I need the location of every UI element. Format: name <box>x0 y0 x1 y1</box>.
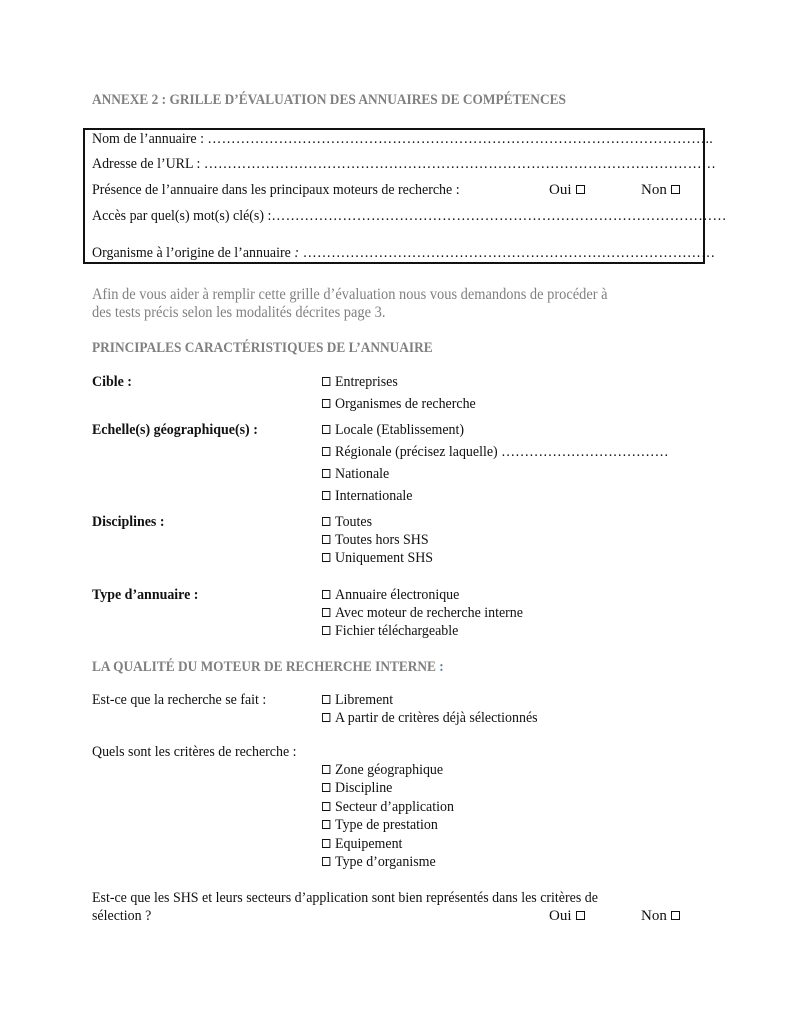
checkbox[interactable] <box>322 491 330 500</box>
criteres-label: Quels sont les critères de recherche : <box>92 744 297 761</box>
checkbox[interactable] <box>322 608 330 617</box>
cible-option[interactable]: Organismes de recherche <box>322 396 476 413</box>
type-option-label: Avec moteur de recherche interne <box>335 605 523 621</box>
echelle-option-label: Locale (Etablissement) <box>335 422 464 438</box>
shs-non-option[interactable]: Non <box>641 908 680 925</box>
checkbox[interactable] <box>322 713 330 722</box>
cible-option[interactable]: Entreprises <box>322 374 398 391</box>
keywords-label: Accès par quel(s) mot(s) clé(s) : <box>92 208 271 224</box>
organism-field-row: Organisme à l’origine de l’annuaire : ……… <box>92 245 715 262</box>
echelle-option-label: Internationale <box>335 488 412 504</box>
name-field[interactable]: …………………………………………………………………………………………….. <box>207 131 713 147</box>
type-option[interactable]: Annuaire électronique <box>322 587 459 604</box>
checkbox[interactable] <box>322 469 330 478</box>
type-option[interactable]: Avec moteur de recherche interne <box>322 605 523 622</box>
organism-label: Organisme à l’origine de l’annuaire <box>92 245 294 261</box>
section-heading-search-quality: LA QUALITÉ DU MOTEUR DE RECHERCHE INTERN… <box>92 659 444 676</box>
disciplines-option[interactable]: Toutes <box>322 514 372 531</box>
checkbox[interactable] <box>322 820 330 829</box>
organism-field[interactable]: …………………………………………………………………………… <box>299 245 715 261</box>
criteres-option[interactable]: Secteur d’application <box>322 799 454 816</box>
checkbox[interactable] <box>322 425 330 434</box>
disciplines-option-label: Toutes hors SHS <box>335 532 429 548</box>
checkbox[interactable] <box>322 783 330 792</box>
disciplines-option-label: Uniquement SHS <box>335 550 433 566</box>
criteres-option-label: Zone géographique <box>335 762 443 778</box>
checkbox[interactable] <box>322 857 330 866</box>
criteres-option[interactable]: Equipement <box>322 836 402 853</box>
cible-option-label: Entreprises <box>335 374 398 390</box>
shs-non-label: Non <box>641 908 667 924</box>
shs-oui-label: Oui <box>549 908 572 924</box>
keywords-field[interactable]: …………………………………………………………………………………… <box>271 208 726 224</box>
presence-oui-label: Oui <box>549 182 572 198</box>
echelle-option-label: Régionale (précisez laquelle) …………………………… <box>335 444 669 460</box>
checkbox[interactable] <box>322 590 330 599</box>
url-field-row: Adresse de l’URL : ………………………………………………………… <box>92 156 716 173</box>
checkbox[interactable] <box>322 535 330 544</box>
intro-line-2: des tests précis selon les modalités déc… <box>92 304 385 322</box>
criteres-option[interactable]: Type de prestation <box>322 817 438 834</box>
presence-oui-option[interactable]: Oui <box>549 182 585 199</box>
checkbox[interactable] <box>322 802 330 811</box>
intro-line-1: Afin de vous aider à remplir cette grill… <box>92 286 608 304</box>
recherche-option[interactable]: Librement <box>322 692 393 709</box>
disciplines-option[interactable]: Toutes hors SHS <box>322 532 429 549</box>
checkbox[interactable] <box>322 695 330 704</box>
presence-non-checkbox[interactable] <box>671 185 680 194</box>
checkbox[interactable] <box>322 517 330 526</box>
checkbox[interactable] <box>322 377 330 386</box>
name-label: Nom de l’annuaire : <box>92 131 207 147</box>
criteres-option[interactable]: Type d’organisme <box>322 854 436 871</box>
checkbox[interactable] <box>322 765 330 774</box>
checkbox[interactable] <box>322 553 330 562</box>
shs-oui-checkbox[interactable] <box>576 911 585 920</box>
type-option[interactable]: Fichier téléchargeable <box>322 623 458 640</box>
url-field[interactable]: ……………………………………………………………………………………………… <box>204 156 716 172</box>
checkbox[interactable] <box>322 839 330 848</box>
criteres-option-label: Type de prestation <box>335 817 438 833</box>
echelle-option[interactable]: Locale (Etablissement) <box>322 422 464 439</box>
criteres-option-label: Equipement <box>335 836 402 852</box>
presence-oui-checkbox[interactable] <box>576 185 585 194</box>
checkbox[interactable] <box>322 447 330 456</box>
criteres-option-label: Discipline <box>335 780 392 796</box>
presence-label: Présence de l’annuaire dans les principa… <box>92 182 460 199</box>
checkbox[interactable] <box>322 399 330 408</box>
heading-colon: : <box>439 659 443 675</box>
criteres-option[interactable]: Zone géographique <box>322 762 443 779</box>
section-heading-characteristics: PRINCIPALES CARACTÉRISTIQUES DE L’ANNUAI… <box>92 340 433 357</box>
shs-non-checkbox[interactable] <box>671 911 680 920</box>
name-field-row: Nom de l’annuaire : ……………………………………………………… <box>92 131 713 148</box>
presence-non-option[interactable]: Non <box>641 182 680 199</box>
criteres-option[interactable]: Discipline <box>322 780 392 797</box>
shs-oui-option[interactable]: Oui <box>549 908 585 925</box>
echelle-label: Echelle(s) géographique(s) : <box>92 422 258 439</box>
keywords-field-row: Accès par quel(s) mot(s) clé(s) :…………………… <box>92 208 727 225</box>
echelle-option[interactable]: Régionale (précisez laquelle) …………………………… <box>322 444 669 461</box>
recherche-label: Est-ce que la recherche se fait : <box>92 692 266 709</box>
disciplines-label: Disciplines : <box>92 514 164 531</box>
recherche-option-label: Librement <box>335 692 393 708</box>
type-option-label: Fichier téléchargeable <box>335 623 458 639</box>
shs-question-line-1: Est-ce que les SHS et leurs secteurs d’a… <box>92 890 598 907</box>
disciplines-option[interactable]: Uniquement SHS <box>322 550 433 567</box>
criteres-option-label: Type d’organisme <box>335 854 436 870</box>
disciplines-option-label: Toutes <box>335 514 372 530</box>
type-label: Type d’annuaire : <box>92 587 198 604</box>
presence-non-label: Non <box>641 182 667 198</box>
recherche-option[interactable]: A partir de critères déjà sélectionnés <box>322 710 538 727</box>
echelle-option[interactable]: Internationale <box>322 488 412 505</box>
recherche-option-label: A partir de critères déjà sélectionnés <box>335 710 538 726</box>
type-option-label: Annuaire électronique <box>335 587 459 603</box>
cible-option-label: Organismes de recherche <box>335 396 476 412</box>
checkbox[interactable] <box>322 626 330 635</box>
cible-label: Cible : <box>92 374 132 391</box>
shs-question-line-2: sélection ? <box>92 908 151 925</box>
echelle-option[interactable]: Nationale <box>322 466 389 483</box>
page-title: ANNEXE 2 : GRILLE D’ÉVALUATION DES ANNUA… <box>92 92 566 109</box>
criteres-option-label: Secteur d’application <box>335 799 454 815</box>
echelle-option-label: Nationale <box>335 466 389 482</box>
url-label: Adresse de l’URL : <box>92 156 204 172</box>
